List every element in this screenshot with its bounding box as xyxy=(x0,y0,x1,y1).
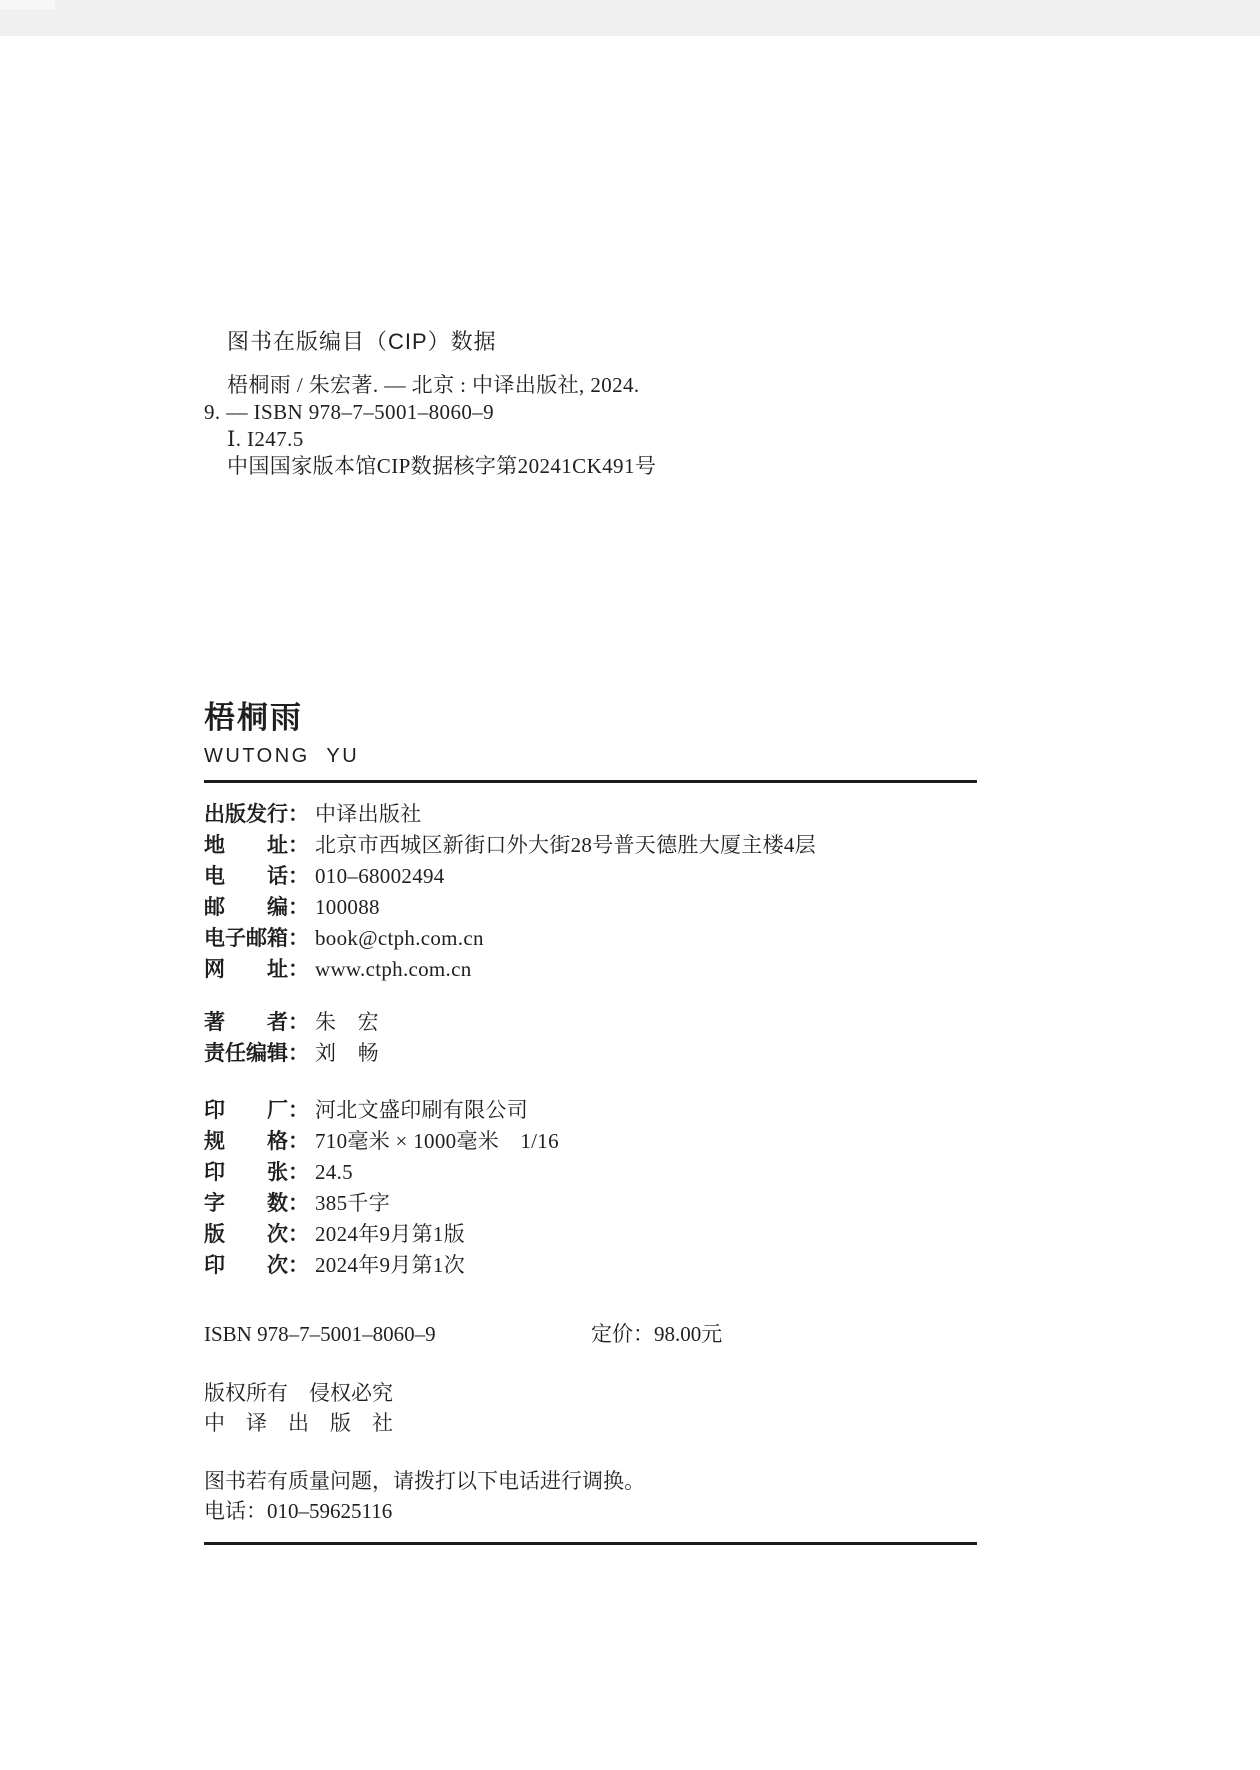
book-title-cn: 梧桐雨 xyxy=(204,700,359,736)
info-value: 100088 xyxy=(315,895,380,919)
info-row: 版 次：2024年9月第1版 xyxy=(204,1220,1104,1251)
cip-line-3: Ⅰ. I247.5 xyxy=(204,426,1064,453)
info-row: 邮 编：100088 xyxy=(204,893,1104,924)
book-copyright-page: 图书在版编目（CIP）数据 梧桐雨 / 朱宏著. –– 北京 : 中译出版社, … xyxy=(0,0,1260,1770)
info-value: book@ctph.com.cn xyxy=(315,926,484,950)
info-value: 北京市西城区新街口外大街28号普天德胜大厦主楼4层 xyxy=(315,833,816,857)
top-rule xyxy=(204,780,977,783)
cip-heading: 图书在版编目（CIP）数据 xyxy=(204,328,1064,355)
info-value: 385千字 xyxy=(315,1191,390,1215)
info-label: 地 址： xyxy=(204,834,309,857)
copyright-block: 版权所有 侵权必究 中 译 出 版 社 xyxy=(204,1378,393,1438)
publication-info-group: 出版发行：中译出版社 地 址：北京市西城区新街口外大街28号普天德胜大厦主楼4层… xyxy=(204,800,1104,986)
info-row: 字 数：385千字 xyxy=(204,1189,1104,1220)
cip-line-1: 梧桐雨 / 朱宏著. –– 北京 : 中译出版社, 2024. xyxy=(204,372,1064,399)
info-row: 印 厂：河北文盛印刷有限公司 xyxy=(204,1096,1104,1127)
quality-notice-block: 图书若有质量问题，请拨打以下电话进行调换。 电话：010–59625116 xyxy=(204,1466,645,1526)
info-row: 著 者：朱 宏 xyxy=(204,1008,1104,1039)
info-label: 网 址： xyxy=(204,958,309,981)
info-row: 电 话：010–68002494 xyxy=(204,862,1104,893)
info-value: 24.5 xyxy=(315,1160,353,1184)
info-label: 字 数： xyxy=(204,1192,309,1215)
info-label: 出版发行： xyxy=(204,803,309,826)
bottom-rule xyxy=(204,1542,977,1545)
info-label: 邮 编： xyxy=(204,896,309,919)
info-row: 网 址：www.ctph.com.cn xyxy=(204,955,1104,986)
info-row: 印 次：2024年9月第1次 xyxy=(204,1251,1104,1282)
info-label: 印 张： xyxy=(204,1161,309,1184)
info-row: 出版发行：中译出版社 xyxy=(204,800,1104,831)
quality-notice-text: 图书若有质量问题，请拨打以下电话进行调换。 xyxy=(204,1466,645,1496)
isbn-number: ISBN 978–7–5001–8060–9 xyxy=(204,1322,436,1346)
info-value: 河北文盛印刷有限公司 xyxy=(315,1098,528,1122)
info-label: 责任编辑： xyxy=(204,1042,309,1065)
isbn-price-row: ISBN 978–7–5001–8060–9 定价：98.00元 xyxy=(204,1320,984,1348)
scan-edge-band xyxy=(0,0,1260,36)
copyright-notice: 版权所有 侵权必究 xyxy=(204,1378,393,1408)
info-value: 010–68002494 xyxy=(315,864,445,888)
book-title-pinyin: WUTONG YU xyxy=(204,744,359,768)
cip-lines: 梧桐雨 / 朱宏著. –– 北京 : 中译出版社, 2024. 9. –– IS… xyxy=(204,372,1064,480)
info-label: 印 厂： xyxy=(204,1099,309,1122)
info-value: www.ctph.com.cn xyxy=(315,957,472,981)
info-value: 刘 畅 xyxy=(315,1041,379,1065)
info-label: 电子邮箱： xyxy=(204,927,309,950)
info-label: 印 次： xyxy=(204,1254,309,1277)
cip-line-2: 9. –– ISBN 978–7–5001–8060–9 xyxy=(204,399,1064,426)
info-row: 地 址：北京市西城区新街口外大街28号普天德胜大厦主楼4层 xyxy=(204,831,1104,862)
scan-edge-tab xyxy=(0,0,55,9)
cip-block: 图书在版编目（CIP）数据 梧桐雨 / 朱宏著. –– 北京 : 中译出版社, … xyxy=(204,328,1064,480)
publisher-name-spaced: 中 译 出 版 社 xyxy=(204,1408,393,1438)
info-label: 著 者： xyxy=(204,1011,309,1034)
info-value: 2024年9月第1版 xyxy=(315,1222,465,1246)
info-label: 电 话： xyxy=(204,865,309,888)
info-row: 印 张：24.5 xyxy=(204,1158,1104,1189)
info-label: 规 格： xyxy=(204,1130,309,1153)
info-value: 2024年9月第1次 xyxy=(315,1253,465,1277)
info-label: 版 次： xyxy=(204,1223,309,1246)
info-row: 电子邮箱：book@ctph.com.cn xyxy=(204,924,1104,955)
info-row: 责任编辑：刘 畅 xyxy=(204,1039,1104,1070)
staff-info-group: 著 者：朱 宏 责任编辑：刘 畅 xyxy=(204,1008,1104,1070)
info-row: 规 格：710毫米 × 1000毫米 1/16 xyxy=(204,1127,1104,1158)
print-info-group: 印 厂：河北文盛印刷有限公司 规 格：710毫米 × 1000毫米 1/16 印… xyxy=(204,1096,1104,1282)
title-block: 梧桐雨 WUTONG YU xyxy=(204,700,359,768)
quality-phone: 电话：010–59625116 xyxy=(204,1496,645,1526)
info-value: 中译出版社 xyxy=(315,802,422,826)
price-label: 定价：98.00元 xyxy=(591,1320,722,1348)
info-value: 710毫米 × 1000毫米 1/16 xyxy=(315,1129,559,1153)
cip-line-4: 中国国家版本馆CIP数据核字第20241CK491号 xyxy=(204,453,1064,480)
info-value: 朱 宏 xyxy=(315,1010,379,1034)
